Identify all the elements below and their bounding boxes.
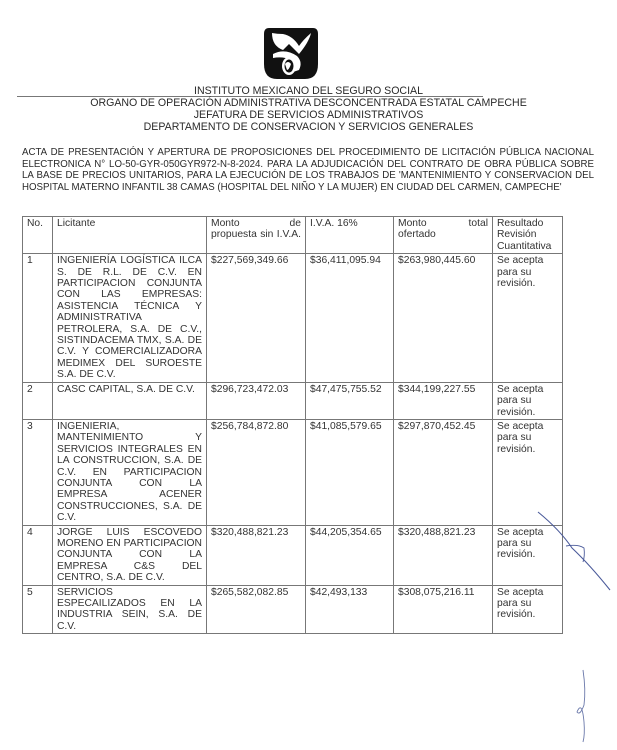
table-row: 5 SERVICIOS ESPECAILIZADOS EN LA INDUSTR… [23,585,563,634]
cell-amount-no-vat: $320,488,821.23 [207,525,306,585]
table-row: 3 INGENIERIA, MANTENIMIENTO Y SERVICIOS … [23,419,563,525]
cell-vat: $42,493,133 [306,585,394,634]
header-amount-no-vat: Monto de propuesta sin I.V.A. [207,217,306,254]
cell-vat: $44,205,354.65 [306,525,394,585]
table-header-row: No. Licitante Monto de propuesta sin I.V… [23,217,563,254]
cell-no: 1 [23,254,53,382]
header-result: Resultado Revisión Cuantitativa [493,217,563,254]
cell-bidder: SERVICIOS ESPECAILIZADOS EN LA INDUSTRIA… [53,585,207,634]
cell-amount-no-vat: $227,569,349.66 [207,254,306,382]
cell-total: $320,488,821.23 [394,525,493,585]
imss-logo-icon [263,26,319,80]
act-intro-paragraph: ACTA DE PRESENTACIÓN Y APERTURA DE PROPO… [22,147,594,193]
cell-total: $344,199,227.55 [394,382,493,419]
pen-loop-icon [566,545,584,562]
cell-no: 3 [23,419,53,525]
cell-result: Se acepta para su revisión. [493,525,563,585]
header-total: Monto total ofertado [394,217,493,254]
bids-table: No. Licitante Monto de propuesta sin I.V… [22,216,563,634]
table-row: 4 JORGE LUIS ESCOVEDO MORENO EN PARTICIP… [23,525,563,585]
cell-vat: $47,475,755.52 [306,382,394,419]
organ-name: ORGANO DE OPERACIÓN ADMINISTRATIVA DESCO… [0,97,617,109]
cell-bidder: CASC CAPITAL, S.A. DE C.V. [53,382,207,419]
cell-no: 4 [23,525,53,585]
office-name: JEFATURA DE SERVICIOS ADMINISTRATIVOS [0,109,617,121]
cell-result: Se acepta para su revisión. [493,585,563,634]
initials-icon [577,670,585,742]
header-no: No. [23,217,53,254]
cell-total: $263,980,445.60 [394,254,493,382]
cell-amount-no-vat: $296,723,472.03 [207,382,306,419]
cell-total: $308,075,216.11 [394,585,493,634]
cell-result: Se acepta para su revisión. [493,254,563,382]
header-bidder: Licitante [53,217,207,254]
cell-amount-no-vat: $256,784,872.80 [207,419,306,525]
cell-bidder: JORGE LUIS ESCOVEDO MORENO EN PARTICIPAC… [53,525,207,585]
department-name: DEPARTAMENTO DE CONSERVACION Y SERVICIOS… [0,121,617,133]
cell-result: Se acepta para su revisión. [493,419,563,525]
cell-vat: $36,411,095.94 [306,254,394,382]
header-vat: I.V.A. 16% [306,217,394,254]
cell-result: Se acepta para su revisión. [493,382,563,419]
cell-bidder: INGENIERÍA LOGÍSTICA ILCA S. DE R.L. DE … [53,254,207,382]
cell-vat: $41,085,579.65 [306,419,394,525]
table-row: 2 CASC CAPITAL, S.A. DE C.V. $296,723,47… [23,382,563,419]
cell-no: 5 [23,585,53,634]
cell-amount-no-vat: $265,582,082.85 [207,585,306,634]
cell-total: $297,870,452.45 [394,419,493,525]
cell-no: 2 [23,382,53,419]
table-row: 1 INGENIERÍA LOGÍSTICA ILCA S. DE R.L. D… [23,254,563,382]
cell-bidder: INGENIERIA, MANTENIMIENTO Y SERVICIOS IN… [53,419,207,525]
